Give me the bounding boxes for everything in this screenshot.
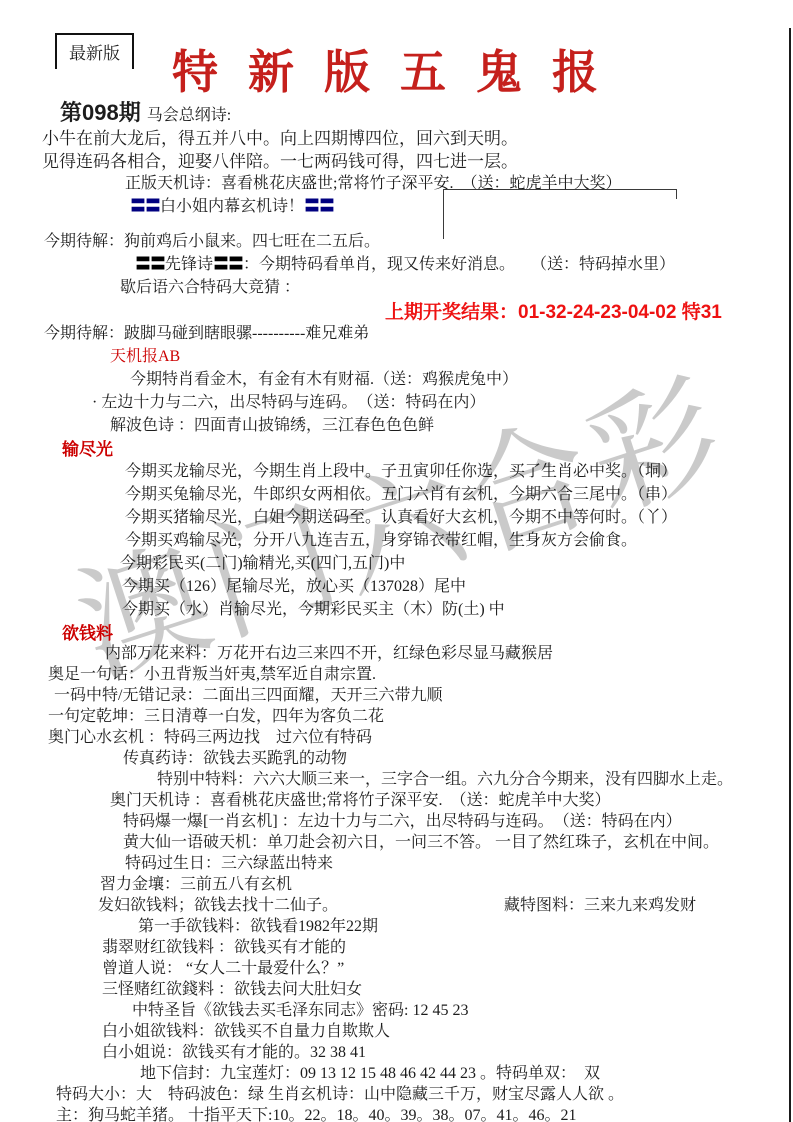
doc-line: 今期待解：跛脚马碰到瞎眼骡----------难兄难弟 xyxy=(44,320,781,343)
double-bar-icon: 〓〓 xyxy=(135,256,165,273)
doc-line: 今期买（水）肖输尽光，今期彩民买主（木）防(土) 中 xyxy=(122,596,781,619)
doc-line: 中特圣旨《欲钱去买毛泽东同志》密码: 12 45 23 xyxy=(132,997,781,1018)
page-border xyxy=(789,28,791,1122)
doc-line: 特码爆一爆[一肖玄机] ：左边十力与二六，出尽特码与连码。 （送：特码在内） xyxy=(123,808,781,829)
section-header-yuqianliao: 欲钱料 xyxy=(62,619,781,640)
doc-line-text: ：今期特码看单肖，现又传来好消息。 （送：特码掉水里） xyxy=(243,256,675,273)
doc-line-text: 发妇欲钱料；欲钱去找十二仙子。 xyxy=(98,897,338,914)
section-header-tianjibao: 天机报AB xyxy=(110,343,781,366)
doc-line: 習力金壤：三前五八有玄机 xyxy=(100,871,781,892)
doc-line: 传真药诗：欲钱去买跪乳的动物 xyxy=(123,745,781,766)
doc-line: 今期买兔输尽光，牛郎织女两相依。五门六肖有玄机，今期六合三尾中。（串） xyxy=(125,481,781,504)
doc-line: 今期买鸡输尽光，分开八九连吉五，身穿锦衣带红帽，生身灰方会偷食。 xyxy=(125,527,781,550)
doc-line-right-column: 藏特图料：三来九来鸡发财 xyxy=(504,892,696,915)
doc-line: 奥门心水玄机 ：特码三两边找 过六位有特码 xyxy=(48,724,781,745)
doc-line: 今期待解：狗前鸡后小鼠来。四七旺在二五后。 xyxy=(44,228,781,251)
doc-line: 〓〓白小姐内幕玄机诗！〓〓 xyxy=(130,193,781,216)
doc-line: 白小姐说：欲钱买有才能的。32 38 41 xyxy=(102,1039,781,1060)
doc-line: 〓〓先锋诗〓〓：今期特码看单肖，现又传来好消息。 （送：特码掉水里） xyxy=(135,251,781,274)
doc-line: 特码过生日：三六绿蓝出特来 xyxy=(125,850,781,871)
double-bar-icon: 〓〓 xyxy=(213,256,243,273)
doc-line: 今期特肖看金木，有金有木有财福.（送：鸡猴虎兔中） xyxy=(130,366,781,389)
doc-line: 发妇欲钱料；欲钱去找十二仙子。藏特图料：三来九来鸡发财 xyxy=(98,892,781,913)
issue-number: 第098期 xyxy=(60,100,141,125)
doc-line: 特码大小：大 特码波色：绿 生肖玄机诗：山中隐藏三千万，财宝尽露人人欲 。 xyxy=(56,1081,781,1102)
doc-line: 三怪赌红欲錢料 ：欲钱去问大肚妇女 xyxy=(102,976,781,997)
doc-line: · 左边十力与二六，出尽特码与连码。 （送：特码在内） xyxy=(92,389,781,412)
issue-note: 马会总纲诗: xyxy=(147,107,231,124)
doc-line: 第一手欲钱料：欲钱看1982年22期 xyxy=(138,913,781,934)
result-line: 上期开奖结果：01-32-24-23-04-02 特31 xyxy=(385,297,781,320)
doc-line: 白小姐欲钱料：欲钱买不自量力自欺欺人 xyxy=(102,1018,781,1039)
double-bar-icon: 〓〓 xyxy=(130,198,160,215)
doc-line: 小牛在前大龙后，得五并八中。向上四期博四位，回六到天明。 xyxy=(42,124,781,147)
doc-line: 内部万花来料：万花开右边三来四不开，红绿色彩尽显马藏猴居 xyxy=(105,640,781,661)
doc-line: 今期买（126）尾输尽光，放心买（137028）尾中 xyxy=(122,573,781,596)
page-title: 特新版五鬼报 xyxy=(172,36,628,102)
doc-line: 翡翠财红欲钱料 ：欲钱买有才能的 xyxy=(102,934,781,955)
doc-line: 今期买龙输尽光，今期生肖上段中。子丑寅卯任你选，买了生肖必中奖。（垌） xyxy=(125,458,781,481)
doc-line: 地下信封：九宝莲灯：09 13 12 15 48 46 42 44 23 。特码… xyxy=(140,1060,781,1081)
document-body: 第098期马会总纲诗: 小牛在前大龙后，得五并八中。向上四期博四位，回六到天明。… xyxy=(40,96,781,1122)
section-middle: 天机报AB 今期特肖看金木，有金有木有财福.（送：鸡猴虎兔中） · 左边十力与二… xyxy=(40,343,781,619)
doc-line: 黄大仙一语破天机：单刀赴会初六日，一问三不答。 一目了然红珠子，玄机在中间。 xyxy=(123,829,781,850)
section-top: 第098期马会总纲诗: 小牛在前大龙后，得五并八中。向上四期博四位，回六到天明。… xyxy=(40,96,781,343)
issue-row: 第098期马会总纲诗: xyxy=(60,96,781,124)
doc-line: 主：狗马蛇羊猪。 十指平天下:10。22。18。40。39。38。07。41。4… xyxy=(56,1102,781,1122)
doc-line: 今期买猪输尽光，白姐今期送码至。认真看好大玄机，今期不中等何时。（丫） xyxy=(125,504,781,527)
doc-line-text: 先锋诗 xyxy=(165,256,213,273)
doc-line: 今期彩民买(二门)输精光,买(四门,五门)中 xyxy=(120,550,781,573)
doc-line: 特别中特料：六六大顺三来一，三字合一组。六九分合今期来，没有四脚水上走。 xyxy=(157,766,781,787)
annotation-line-horizontal xyxy=(443,189,677,190)
doc-line: 解波色诗 ：四面青山披锦绣，三江春色色色鲜 xyxy=(110,412,781,435)
annotation-line-tick xyxy=(676,189,677,199)
doc-line: 一句定乾坤：三日清尊一白发，四年为客负二花 xyxy=(48,703,781,724)
section-header-shujinguang: 输尽光 xyxy=(62,435,781,458)
doc-line: 奥足一句话：小丑背叛当奸夷,禁军近自肃宗置. xyxy=(48,661,781,682)
doc-line-text: 白小姐内幕玄机诗！ xyxy=(160,198,304,215)
doc-line: 曾道人说： “女人二十最爱什么？” xyxy=(102,955,781,976)
edition-badge: 最新版 xyxy=(55,33,134,69)
section-bottom: 欲钱料 内部万花来料：万花开右边三来四不开，红绿色彩尽显马藏猴居 奥足一句话：小… xyxy=(40,619,781,1122)
doc-line: 奥门天机诗 ：喜看桃花庆盛世;常将竹子深平安. （送：蛇虎羊中大奖） xyxy=(110,787,781,808)
doc-line: 见得连码各相合，迎娶八伴陪。一七两码钱可得，四七进一层。 xyxy=(42,147,781,170)
doc-line: 一码中特/无错记录：二面出三四面耀，天开三六带九顺 xyxy=(54,682,781,703)
doc-line: 歇后语六合特码大竞猜 ： xyxy=(120,274,781,297)
annotation-line-vertical xyxy=(443,189,444,239)
double-bar-icon: 〓〓 xyxy=(304,198,334,215)
